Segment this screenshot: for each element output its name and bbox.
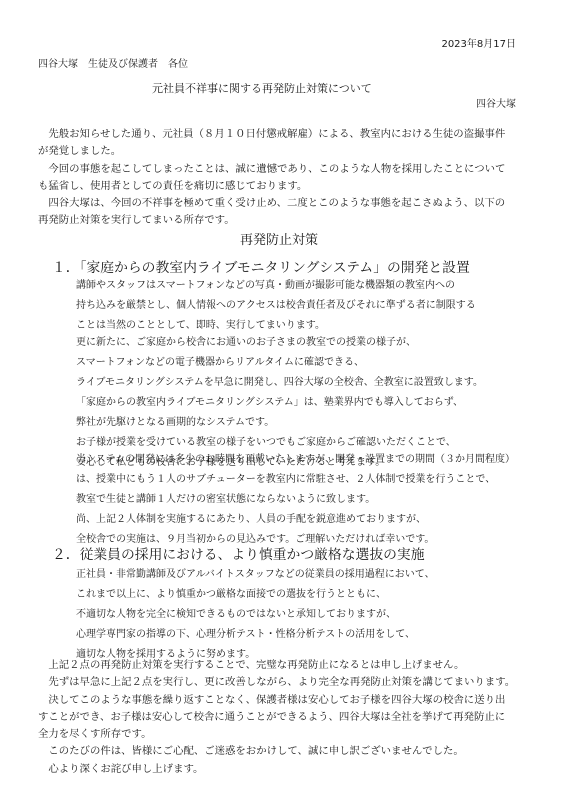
section2-heading: ２．従業員の採用における、より慎重かつ厳格な選抜の実施 bbox=[52, 543, 425, 563]
closing-line: 心より深くお詫び申し上げます。 bbox=[38, 761, 515, 778]
section1-heading: １．「家庭からの教室内ライブモニタリングシステム」の開発と設置 bbox=[52, 256, 470, 276]
closing-paragraph: 上記２点の再発防止対策を実行することで、完璧な再発防止になるとは申し上げません。… bbox=[38, 657, 515, 778]
section1-para1-line: 講師やスタッフはスマートフォンなどの写真・動画が撮影可能な機器類の教室内への bbox=[76, 276, 476, 296]
date: 2023年8月17日 bbox=[441, 38, 516, 52]
section1-para3-line: は、授業中にもう１人のサブチューターを教室内に常駐させ、２人体制で授業を行うこと… bbox=[76, 470, 515, 490]
measures-heading: 再発防止対策 bbox=[240, 229, 318, 248]
intro-line: 四谷大塚は、今回の不祥事を極めて重く受け止め、二度とこのような事態を起こさぬよう… bbox=[38, 195, 505, 212]
section2-para1: 正社員・非常勤講師及びアルバイトスタッフなどの従業員の採用過程において、 これま… bbox=[76, 565, 435, 665]
addressee: 四谷大塚 生徒及び保護者 各位 bbox=[38, 58, 188, 72]
intro-line: も猛省し、使用者としての責任を痛切に感じております。 bbox=[38, 178, 505, 195]
section1-para1-line: 持ち込みを厳禁とし、個人情報へのアクセスは校舎責任者及びそれに準ずる者に制限する bbox=[76, 296, 476, 316]
section2-para1-line: 不適切な人物を完全に検知できるものではないと承知しておりますが、 bbox=[76, 605, 435, 625]
closing-line: 上記２点の再発防止対策を実行することで、完璧な再発防止になるとは申し上げません。 bbox=[38, 657, 515, 674]
document-title: 元社員不祥事に関する再発防止対策について bbox=[152, 80, 372, 96]
sender: 四谷大塚 bbox=[476, 98, 516, 112]
intro-line: が発覚しました。 bbox=[38, 143, 505, 160]
section1-para3: 当システムの開発には多少のお時間を頂戴いたしますが、開発・設置までの期間（３か月… bbox=[76, 450, 515, 550]
section1-para2-line: 「家庭からの教室内ライブモニタリングシステム」は、塾業界内でも導入しておらず、 bbox=[76, 393, 483, 413]
section2-para1-line: これまで以上に、より慎重かつ厳格な面接での選抜を行うとともに、 bbox=[76, 585, 435, 605]
intro-line: 先般お知らせした通り、元社員（８月１０日付懲戒解雇）による、教室内における生徒の… bbox=[38, 126, 505, 143]
closing-line: 決してこのような事態を繰り返すことなく、保護者様は安心してお子様を四谷大塚の校舎… bbox=[38, 692, 515, 709]
section1-para2-line: 更に新たに、ご家庭から校舎にお通いのお子さまの教室での授業の様子が、 bbox=[76, 333, 483, 353]
section1-para3-line: 教室で生徒と講師１人だけの密室状態にならないように致します。 bbox=[76, 490, 515, 510]
closing-line: 先ずは早急に上記２点を実行し、更に改善しながら、より完全な再発防止対策を講じてま… bbox=[38, 674, 515, 691]
section1-para3-line: 尚、上記２人体制を実施するにあたり、人員の手配を鋭意進めておりますが、 bbox=[76, 510, 515, 530]
intro-line: 今回の事態を起こしてしまったことは、誠に遺憾であり、このような人物を採用したこと… bbox=[38, 161, 505, 178]
section1-para2-line: 弊社が先駆けとなる画期的なシステムです。 bbox=[76, 413, 483, 433]
closing-line: 全力を尽くす所存です。 bbox=[38, 726, 515, 743]
section2-para1-line: 心理学専門家の指導の下、心理分析テスト・性格分析テストの活用をして、 bbox=[76, 625, 435, 645]
section1-para2-line: ライブモニタリングシステムを早急に開発し、四谷大塚の全校舎、全教室に設置致します… bbox=[76, 373, 483, 393]
intro-paragraph: 先般お知らせした通り、元社員（８月１０日付懲戒解雇）による、教室内における生徒の… bbox=[38, 126, 505, 230]
section1-para2-line: スマートフォンなどの電子機器からリアルタイムに確認できる、 bbox=[76, 353, 483, 373]
closing-line: すことができ、お子様は安心して校舎に通うことができるよう、四谷大塚は全社を挙げて… bbox=[38, 709, 515, 726]
section2-para1-line: 正社員・非常勤講師及びアルバイトスタッフなどの従業員の採用過程において、 bbox=[76, 565, 435, 585]
section1-para1: 講師やスタッフはスマートフォンなどの写真・動画が撮影可能な機器類の教室内への 持… bbox=[76, 276, 476, 336]
section1-para3-line: 当システムの開発には多少のお時間を頂戴いたしますが、開発・設置までの期間（３か月… bbox=[76, 450, 515, 470]
closing-line: このたびの件は、皆様にご心配、ご迷惑をおかけして、誠に申し訳ございませんでした。 bbox=[38, 743, 515, 760]
intro-line: 再発防止対策を実行してまいる所存です。 bbox=[38, 212, 505, 229]
